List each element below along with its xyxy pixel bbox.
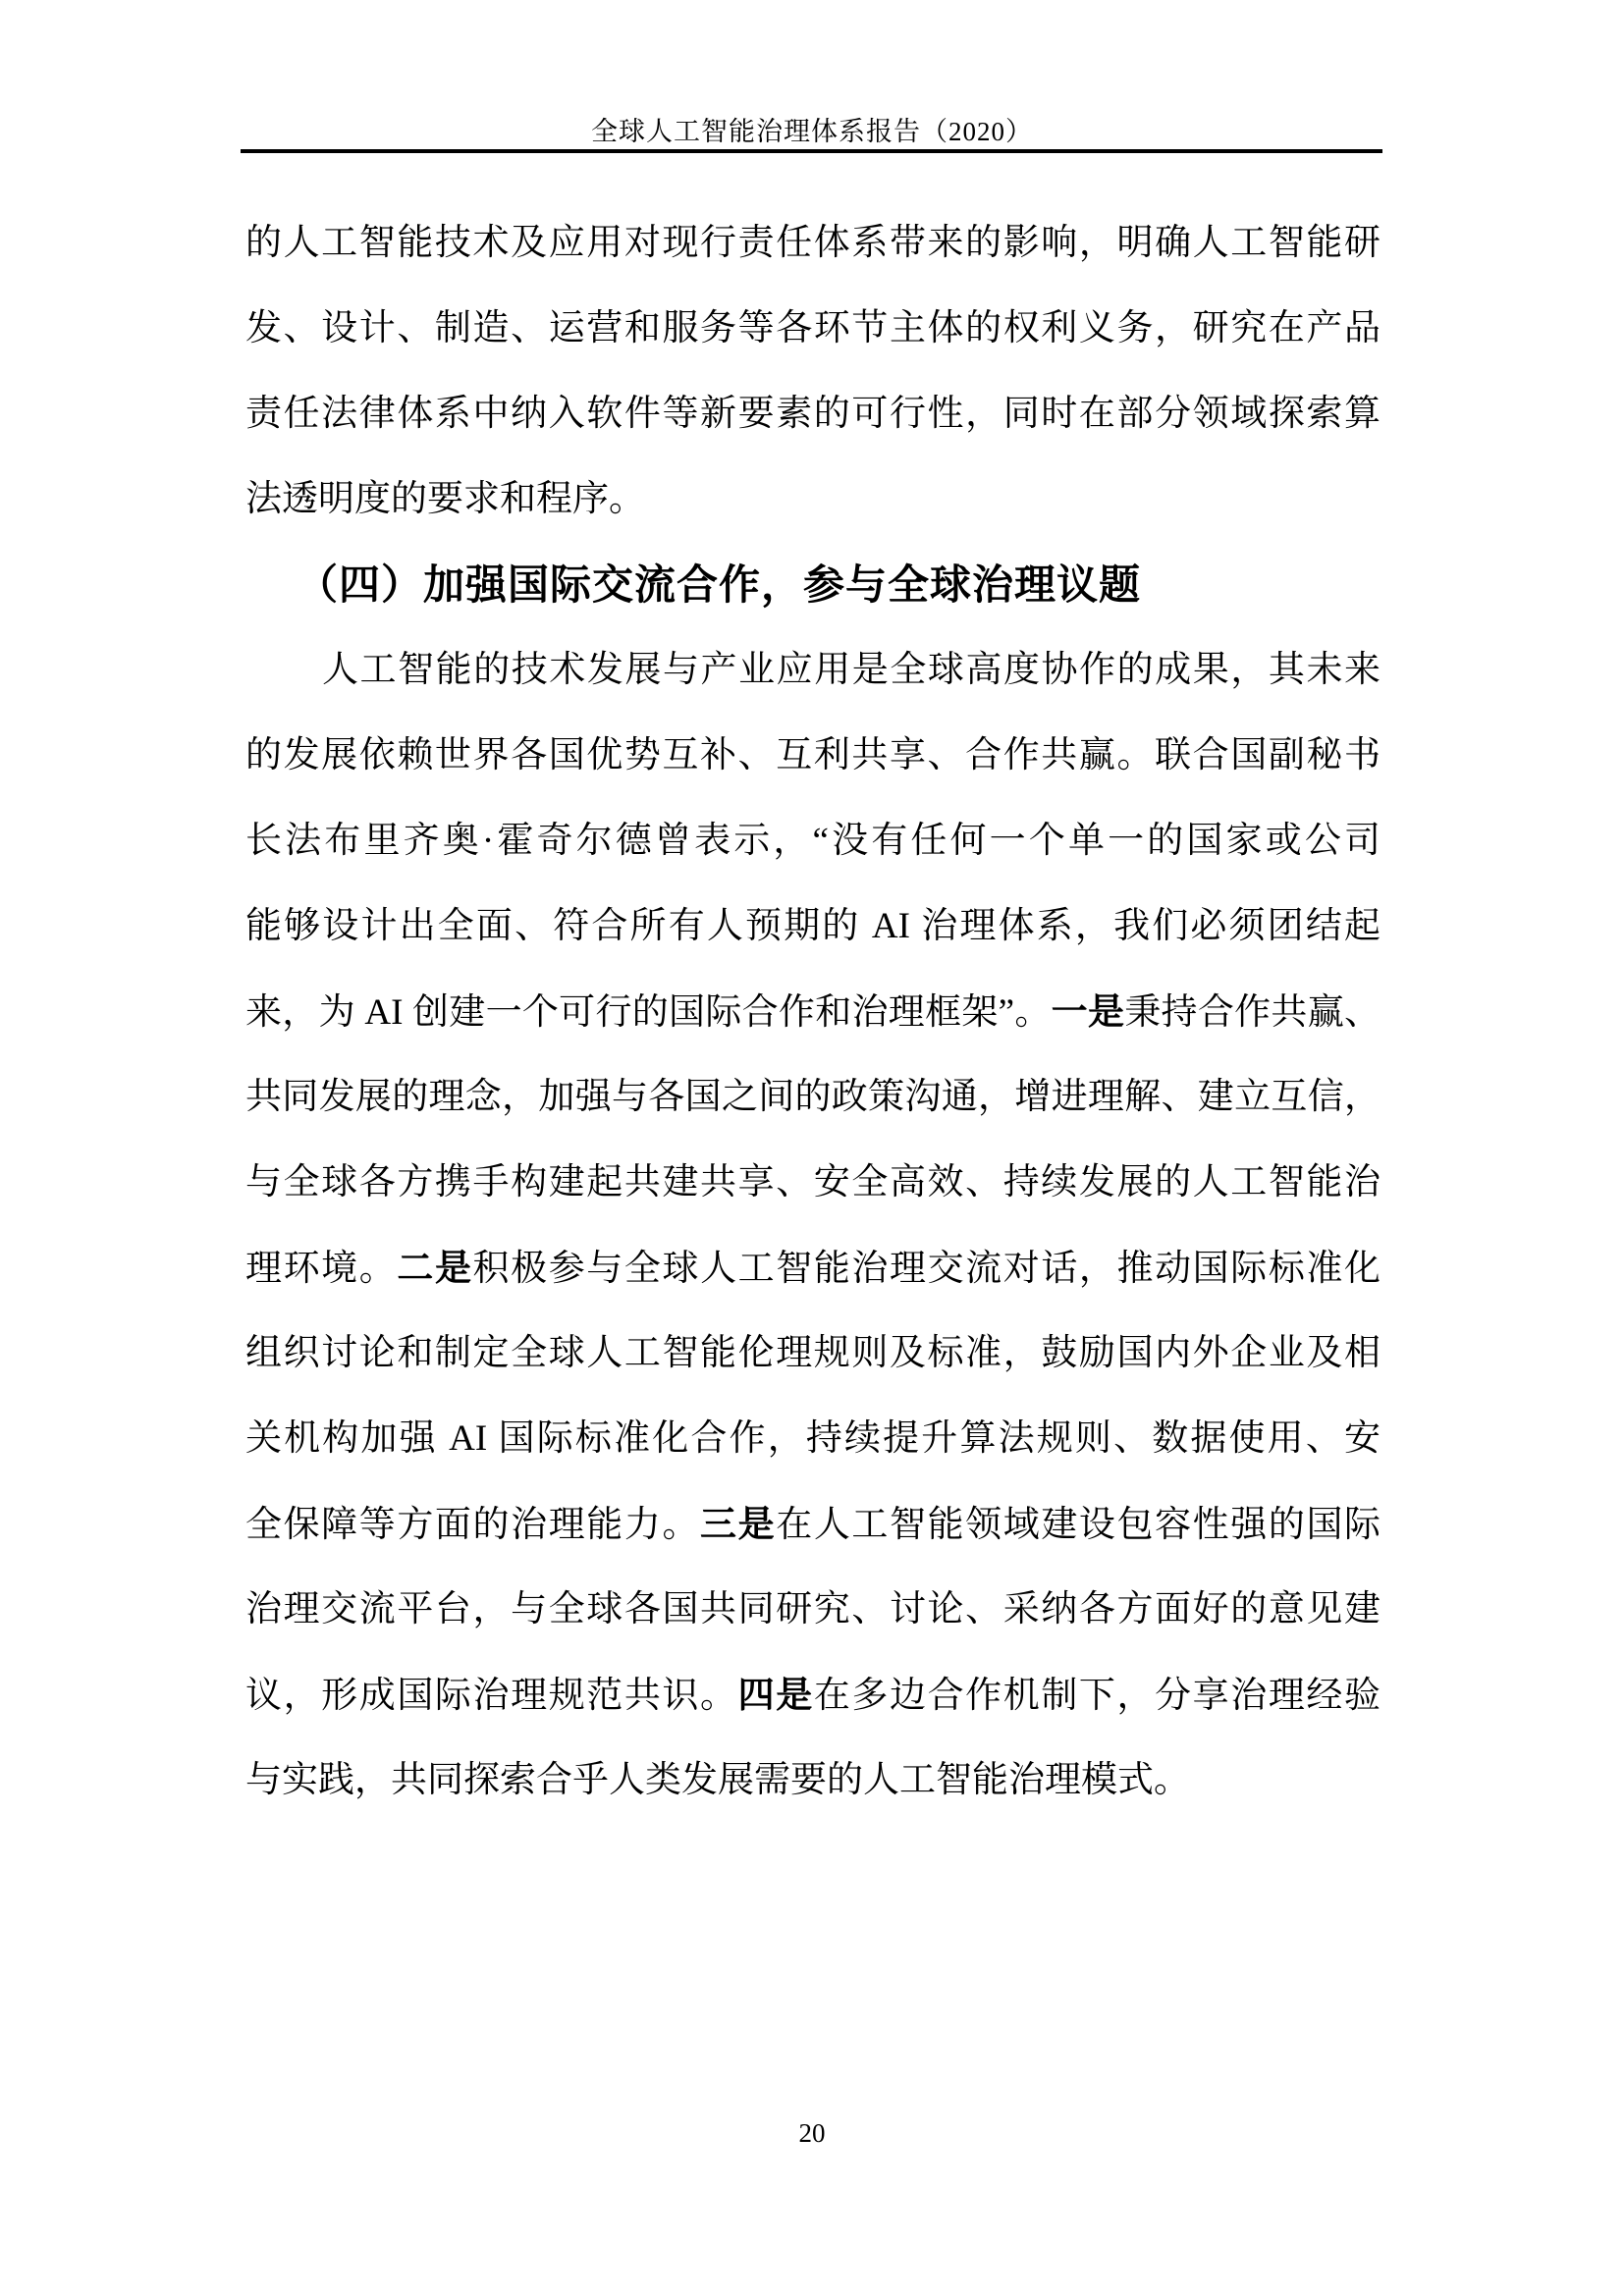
text-line: 共同发展的理念，加强与各国之间的政策沟通，增进理解、建立互信， — [245, 1054, 1380, 1140]
text-run: 全保障等方面的治理能力。 — [245, 1505, 700, 1545]
text-line: 来，为 AI 创建一个可行的国际合作和治理框架”。一是秉持合作共赢、 — [245, 969, 1380, 1054]
text-run: 在人工智能领域建设包容性强的国际 — [776, 1505, 1380, 1545]
text-run: 与实践，共同探索合乎人类发展需要的人工智能治理模式。 — [245, 1760, 1190, 1800]
text-line: 关机构加强 AI 国际标准化合作，持续提升算法规则、数据使用、安 — [245, 1396, 1380, 1481]
text-line: 的发展依赖世界各国优势互补、互利共享、合作共赢。联合国副秘书 — [245, 713, 1380, 798]
text-run: （四）加强国际交流合作，参与全球治理议题 — [297, 561, 1141, 608]
bold-enumerator: 一是 — [1052, 991, 1125, 1032]
text-run: 发、设计、制造、运营和服务等各环节主体的权利义务，研究在产品 — [245, 308, 1380, 348]
text-line: 能够设计出全面、符合所有人预期的 AI 治理体系，我们必须团结起 — [245, 883, 1380, 969]
text-run: 的发展依赖世界各国优势互补、互利共享、合作共赢。联合国副秘书 — [245, 735, 1380, 775]
document-body: 的人工智能技术及应用对现行责任体系带来的影响，明确人工智能研发、设计、制造、运营… — [245, 200, 1380, 1823]
text-run: 议，形成国际治理规范共识。 — [245, 1676, 738, 1716]
text-line: 责任法律体系中纳入软件等新要素的可行性，同时在部分领域探索算 — [245, 371, 1380, 456]
text-line: 治理交流平台，与全球各国共同研究、讨论、采纳各方面好的意见建 — [245, 1567, 1380, 1652]
document-page: 全球人工智能治理体系报告（2020） 的人工智能技术及应用对现行责任体系带来的影… — [0, 0, 1624, 2296]
text-line: 法透明度的要求和程序。 — [245, 456, 1380, 542]
bold-enumerator: 二是 — [397, 1248, 472, 1288]
text-run: 关机构加强 AI 国际标准化合作，持续提升算法规则、数据使用、安 — [245, 1418, 1380, 1459]
text-run: 长法布里齐奥·霍奇尔德曾表示，“没有任何一个单一的国家或公司 — [245, 821, 1380, 861]
text-run: 理环境。 — [245, 1249, 397, 1289]
bold-enumerator: 四是 — [738, 1675, 814, 1715]
text-run: 治理交流平台，与全球各国共同研究、讨论、采纳各方面好的意见建 — [245, 1589, 1380, 1629]
text-line: 与全球各方携手构建起共建共享、安全高效、持续发展的人工智能治 — [245, 1140, 1380, 1225]
text-line: 人工智能的技术发展与产业应用是全球高度协作的成果，其未来 — [245, 627, 1380, 713]
text-line: 与实践，共同探索合乎人类发展需要的人工智能治理模式。 — [245, 1737, 1380, 1823]
text-run: 责任法律体系中纳入软件等新要素的可行性，同时在部分领域探索算 — [245, 394, 1380, 434]
text-run: 的人工智能技术及应用对现行责任体系带来的影响，明确人工智能研 — [245, 223, 1380, 263]
text-line: 全保障等方面的治理能力。三是在人工智能领域建设包容性强的国际 — [245, 1481, 1380, 1567]
text-line: 长法布里齐奥·霍奇尔德曾表示，“没有任何一个单一的国家或公司 — [245, 798, 1380, 883]
header-title: 全球人工智能治理体系报告（2020） — [0, 110, 1624, 148]
text-line: 组织讨论和制定全球人工智能伦理规则及标准，鼓励国内外企业及相 — [245, 1310, 1380, 1396]
text-line: 议，形成国际治理规范共识。四是在多边合作机制下，分享治理经验 — [245, 1652, 1380, 1737]
section-heading: （四）加强国际交流合作，参与全球治理议题 — [245, 542, 1380, 627]
text-run: 积极参与全球人工智能治理交流对话，推动国际标准化 — [473, 1249, 1380, 1289]
text-run: 人工智能的技术发展与产业应用是全球高度协作的成果，其未来 — [322, 650, 1380, 690]
text-run: 组织讨论和制定全球人工智能伦理规则及标准，鼓励国内外企业及相 — [245, 1333, 1380, 1373]
text-run: 共同发展的理念，加强与各国之间的政策沟通，增进理解、建立互信， — [245, 1077, 1380, 1117]
text-run: 来，为 AI 创建一个可行的国际合作和治理框架”。 — [245, 992, 1052, 1033]
text-run: 与全球各方携手构建起共建共享、安全高效、持续发展的人工智能治 — [245, 1162, 1380, 1202]
text-run: 能够设计出全面、符合所有人预期的 AI 治理体系，我们必须团结起 — [245, 906, 1380, 946]
text-run: 在多边合作机制下，分享治理经验 — [814, 1676, 1380, 1716]
header-rule — [241, 149, 1382, 153]
text-run: 秉持合作共赢、 — [1124, 992, 1380, 1033]
text-run: 法透明度的要求和程序。 — [245, 479, 645, 519]
page-number: 20 — [0, 2118, 1624, 2149]
text-line: 发、设计、制造、运营和服务等各环节主体的权利义务，研究在产品 — [245, 286, 1380, 371]
text-line: 的人工智能技术及应用对现行责任体系带来的影响，明确人工智能研 — [245, 200, 1380, 286]
bold-enumerator: 三是 — [700, 1504, 776, 1544]
text-line: 理环境。二是积极参与全球人工智能治理交流对话，推动国际标准化 — [245, 1225, 1380, 1310]
